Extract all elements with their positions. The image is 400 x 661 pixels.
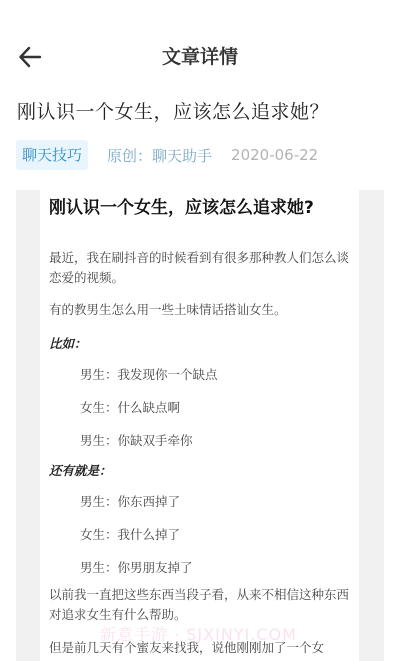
dialog-line: 男生：我发现你一个缺点: [80, 365, 218, 383]
section-label: 还有就是：: [49, 461, 112, 479]
article-author: 原创：聊天助手: [107, 145, 212, 166]
top-bar: 文章详情: [0, 0, 400, 90]
dialog-line: 男生：你缺双手牵你: [80, 431, 193, 449]
content-paragraph: 但是前几天有个蜜友来找我，说他刚刚加了一个女: [49, 638, 353, 658]
article-meta: 聊天技巧 原创：聊天助手 2020-06-22: [16, 140, 318, 170]
article-title: 刚认识一个女生，应该怎么追求她？: [17, 98, 387, 126]
dialog-line: 男生：你东西掉了: [80, 492, 180, 510]
content-image: 刚认识一个女生，应该怎么追求她? 最近，我在刷抖音的时候看到有很多那种教人们怎么…: [40, 190, 359, 661]
dialog-line: 男生：你男朋友掉了: [80, 558, 193, 576]
content-paragraph: 最近，我在刷抖音的时候看到有很多那种教人们怎么谈恋爱的视频。: [49, 248, 353, 288]
content-paragraph: 有的教男生怎么用一些土味情话搭讪女生。: [49, 300, 353, 320]
content-image-title: 刚认识一个女生，应该怎么追求她?: [49, 196, 314, 220]
page-title: 文章详情: [0, 44, 400, 70]
content-paragraph: 以前我一直把这些东西当段子看，从来不相信这种东西对追求女生有什么帮助。: [49, 585, 353, 625]
article-date: 2020-06-22: [231, 146, 318, 164]
dialog-line: 女生：什么缺点啊: [80, 398, 180, 416]
dialog-line: 女生：我什么掉了: [80, 525, 180, 543]
section-label: 比如：: [49, 334, 87, 352]
category-tag[interactable]: 聊天技巧: [16, 140, 88, 170]
